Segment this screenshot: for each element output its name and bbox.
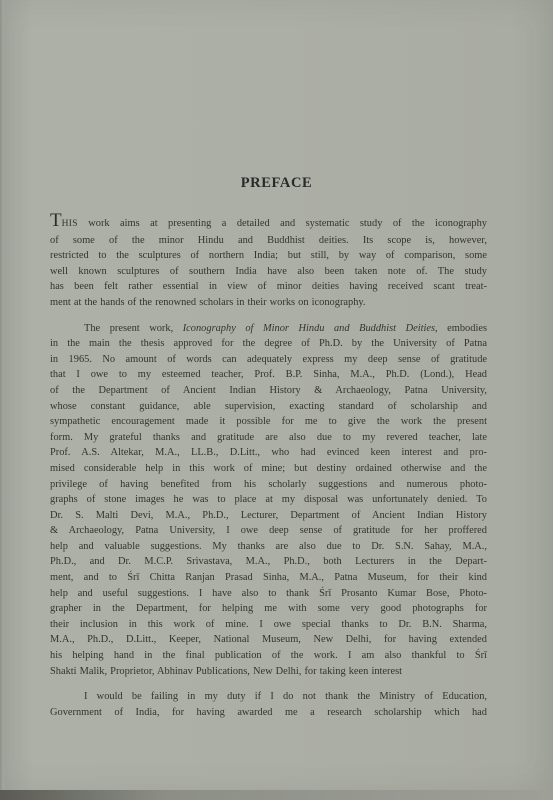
paragraph-line: help and useful suggestions. I have also…	[50, 586, 487, 602]
paragraph-line: of some of the minor Hindu and Buddhist …	[50, 233, 487, 249]
paragraph-line: graphs of stone images he was to place a…	[50, 492, 487, 508]
page-title: PREFACE	[0, 175, 553, 192]
paragraph-line: THIS work aims at presenting a detailed …	[50, 214, 487, 233]
paragraph-line: mised considerable help in this work of …	[50, 461, 487, 477]
paragraph-line: I would be failing in my duty if I do no…	[50, 689, 487, 705]
paragraph-1: THIS work aims at presenting a detailed …	[50, 214, 487, 311]
paragraph-line: well known sculptures of southern India …	[50, 264, 487, 280]
page-bottom-edge	[0, 790, 553, 800]
paragraph-line: & Archaeology, Patna University, I owe d…	[50, 523, 487, 539]
paragraph-line: Shakti Malik, Proprietor, Abhinav Public…	[50, 664, 487, 680]
paragraph-line: in 1965. No amount of words can adequate…	[50, 352, 487, 368]
paragraph-line: Ph.D., and Dr. M.C.P. Srivastava, M.A., …	[50, 554, 487, 570]
paragraph-line: in the main the thesis approved for the …	[50, 336, 487, 352]
drop-cap: T	[50, 210, 62, 231]
paragraph-line: restricted to the sculptures of northern…	[50, 248, 487, 264]
paragraph-line: sympathetic encouragement made it possib…	[50, 414, 487, 430]
paragraph-line: their inclusion in this work of mine. I …	[50, 617, 487, 633]
paragraph-3: I would be failing in my duty if I do no…	[50, 689, 487, 720]
paragraph-line: his helping hand in the final publicatio…	[50, 648, 487, 664]
paragraph-line: Prof. A.S. Altekar, M.A., LL.B., D.Litt.…	[50, 445, 487, 461]
paragraph-line: whose constant guidance, able supervisio…	[50, 399, 487, 415]
paragraph-line: that I owe to my esteemed teacher, Prof.…	[50, 367, 487, 383]
paragraph-line: ment, and to Śrī Chitta Ranjan Prasad Si…	[50, 570, 487, 586]
paragraph-line: of the Department of Ancient Indian Hist…	[50, 383, 487, 399]
paragraph-line: has been felt rather essential in view o…	[50, 279, 487, 295]
book-title-italic: Iconography of Minor Hindu and Buddhist …	[183, 323, 435, 334]
paragraph-line: Dr. S. Malti Devi, M.A., Ph.D., Lecturer…	[50, 508, 487, 524]
small-caps-lead: HIS	[62, 219, 78, 229]
paragraph-line: M.A., Ph.D., D.Litt., Keeper, National M…	[50, 632, 487, 648]
paragraph-line: form. My grateful thanks and gratitude a…	[50, 430, 487, 446]
paragraph-line: privilege of having benefited from his s…	[50, 477, 487, 493]
paragraph-line: The present work, Iconography of Minor H…	[50, 321, 487, 337]
page-gutter-edge	[0, 0, 4, 790]
preface-body: THIS work aims at presenting a detailed …	[50, 214, 487, 730]
paragraph-line: help and valuable suggestions. My thanks…	[50, 539, 487, 555]
paragraph-line: grapher in the Department, for helping m…	[50, 601, 487, 617]
paragraph-2: The present work, Iconography of Minor H…	[50, 321, 487, 680]
paragraph-line: Government of India, for having awarded …	[50, 705, 487, 721]
paragraph-line: ment at the hands of the renowned schola…	[50, 295, 487, 311]
book-page: PREFACE THIS work aims at presenting a d…	[0, 0, 553, 790]
